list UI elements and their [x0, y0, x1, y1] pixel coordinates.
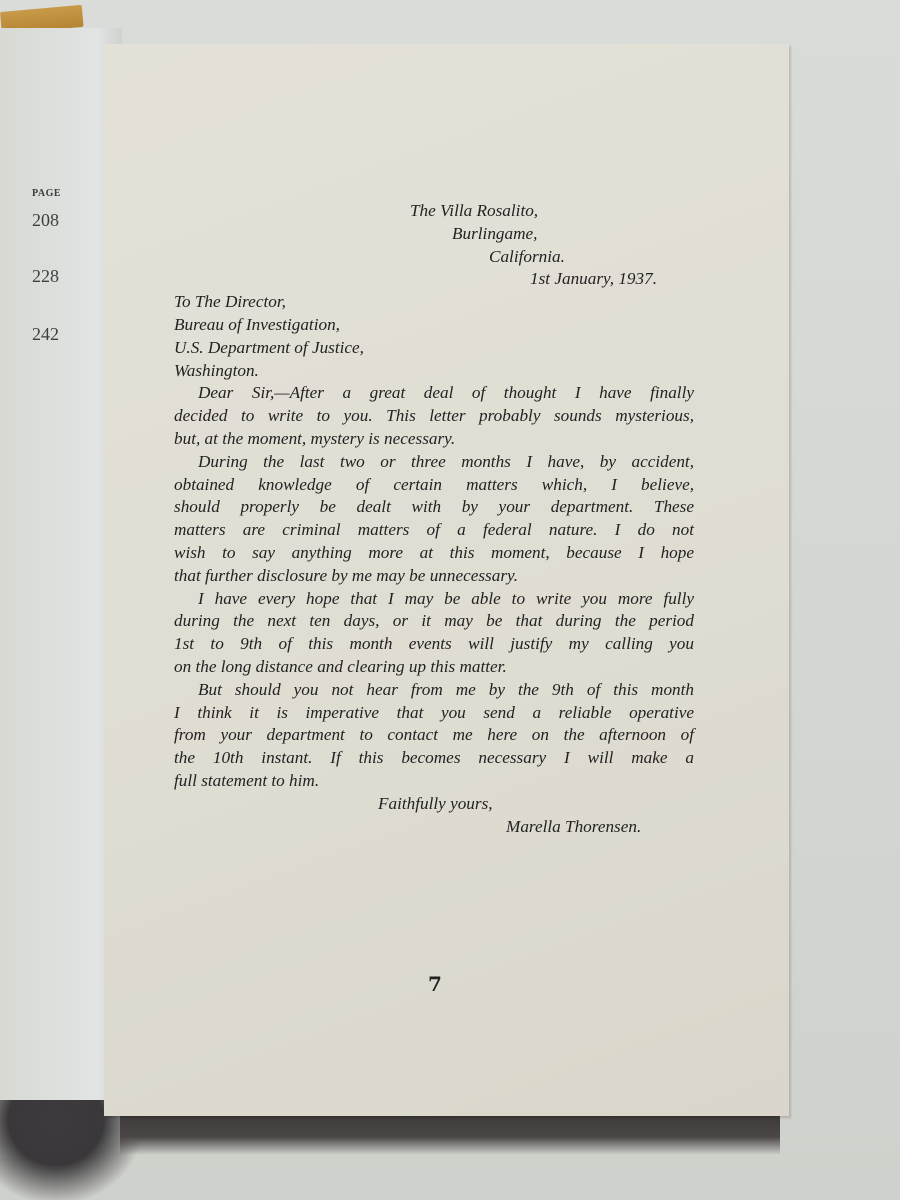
address-line: The Villa Rosalito, [174, 200, 694, 223]
text-line: on the long distance and clearing up thi… [174, 656, 694, 679]
text-line: wish to say anything more at this moment… [174, 542, 694, 565]
text-line: matters are criminal matters of a federa… [174, 519, 694, 542]
text-line: should properly be dealt with by your de… [174, 496, 694, 519]
text-line: I have every hope that I may be able to … [174, 588, 694, 611]
toc-page-number: 228 [32, 266, 59, 287]
page-shadow [120, 1115, 780, 1155]
paragraph-greeting: Dear Sir,—After a great deal of thought … [174, 382, 694, 450]
letter-closing: Faithfully yours, [174, 793, 694, 816]
paragraph: I have every hope that I may be able to … [174, 588, 694, 679]
recipient-line: Washington. [174, 360, 694, 383]
recipient-line: U.S. Department of Justice, [174, 337, 694, 360]
text-line: but, at the moment, mystery is necessary… [174, 428, 694, 451]
address-line: Burlingame, [174, 223, 694, 246]
page-number: 7 [428, 972, 442, 996]
text-line: full statement to him. [174, 770, 694, 793]
text-line: decided to write to you. This letter pro… [174, 405, 694, 428]
paragraph: During the last two or three months I ha… [174, 451, 694, 588]
text-line: During the last two or three months I ha… [174, 451, 694, 474]
letter: The Villa Rosalito, Burlingame, Californ… [174, 200, 694, 838]
text-line: that further disclosure by me may be unn… [174, 565, 694, 588]
text-line: But should you not hear from me by the 9… [174, 679, 694, 702]
text-line: 1st to 9th of this month events will jus… [174, 633, 694, 656]
recipient-line: To The Director, [174, 291, 694, 314]
toc-page-label: PAGE [32, 188, 61, 199]
text-line: Dear Sir,—After a great deal of thought … [174, 382, 694, 405]
toc-page-number: 208 [32, 210, 59, 231]
text-line: I think it is imperative that you send a… [174, 702, 694, 725]
address-line: California. [174, 246, 694, 269]
toc-page-number: 242 [32, 324, 59, 345]
recipient-line: Bureau of Investigation, [174, 314, 694, 337]
paragraph: But should you not hear from me by the 9… [174, 679, 694, 793]
text-line: from your department to contact me here … [174, 724, 694, 747]
letter-date: 1st January, 1937. [174, 268, 694, 291]
text-line: during the next ten days, or it may be t… [174, 610, 694, 633]
text-line: the 10th instant. If this becomes necess… [174, 747, 694, 770]
text-line: obtained knowledge of certain matters wh… [174, 474, 694, 497]
letter-signature: Marella Thorensen. [174, 816, 694, 839]
